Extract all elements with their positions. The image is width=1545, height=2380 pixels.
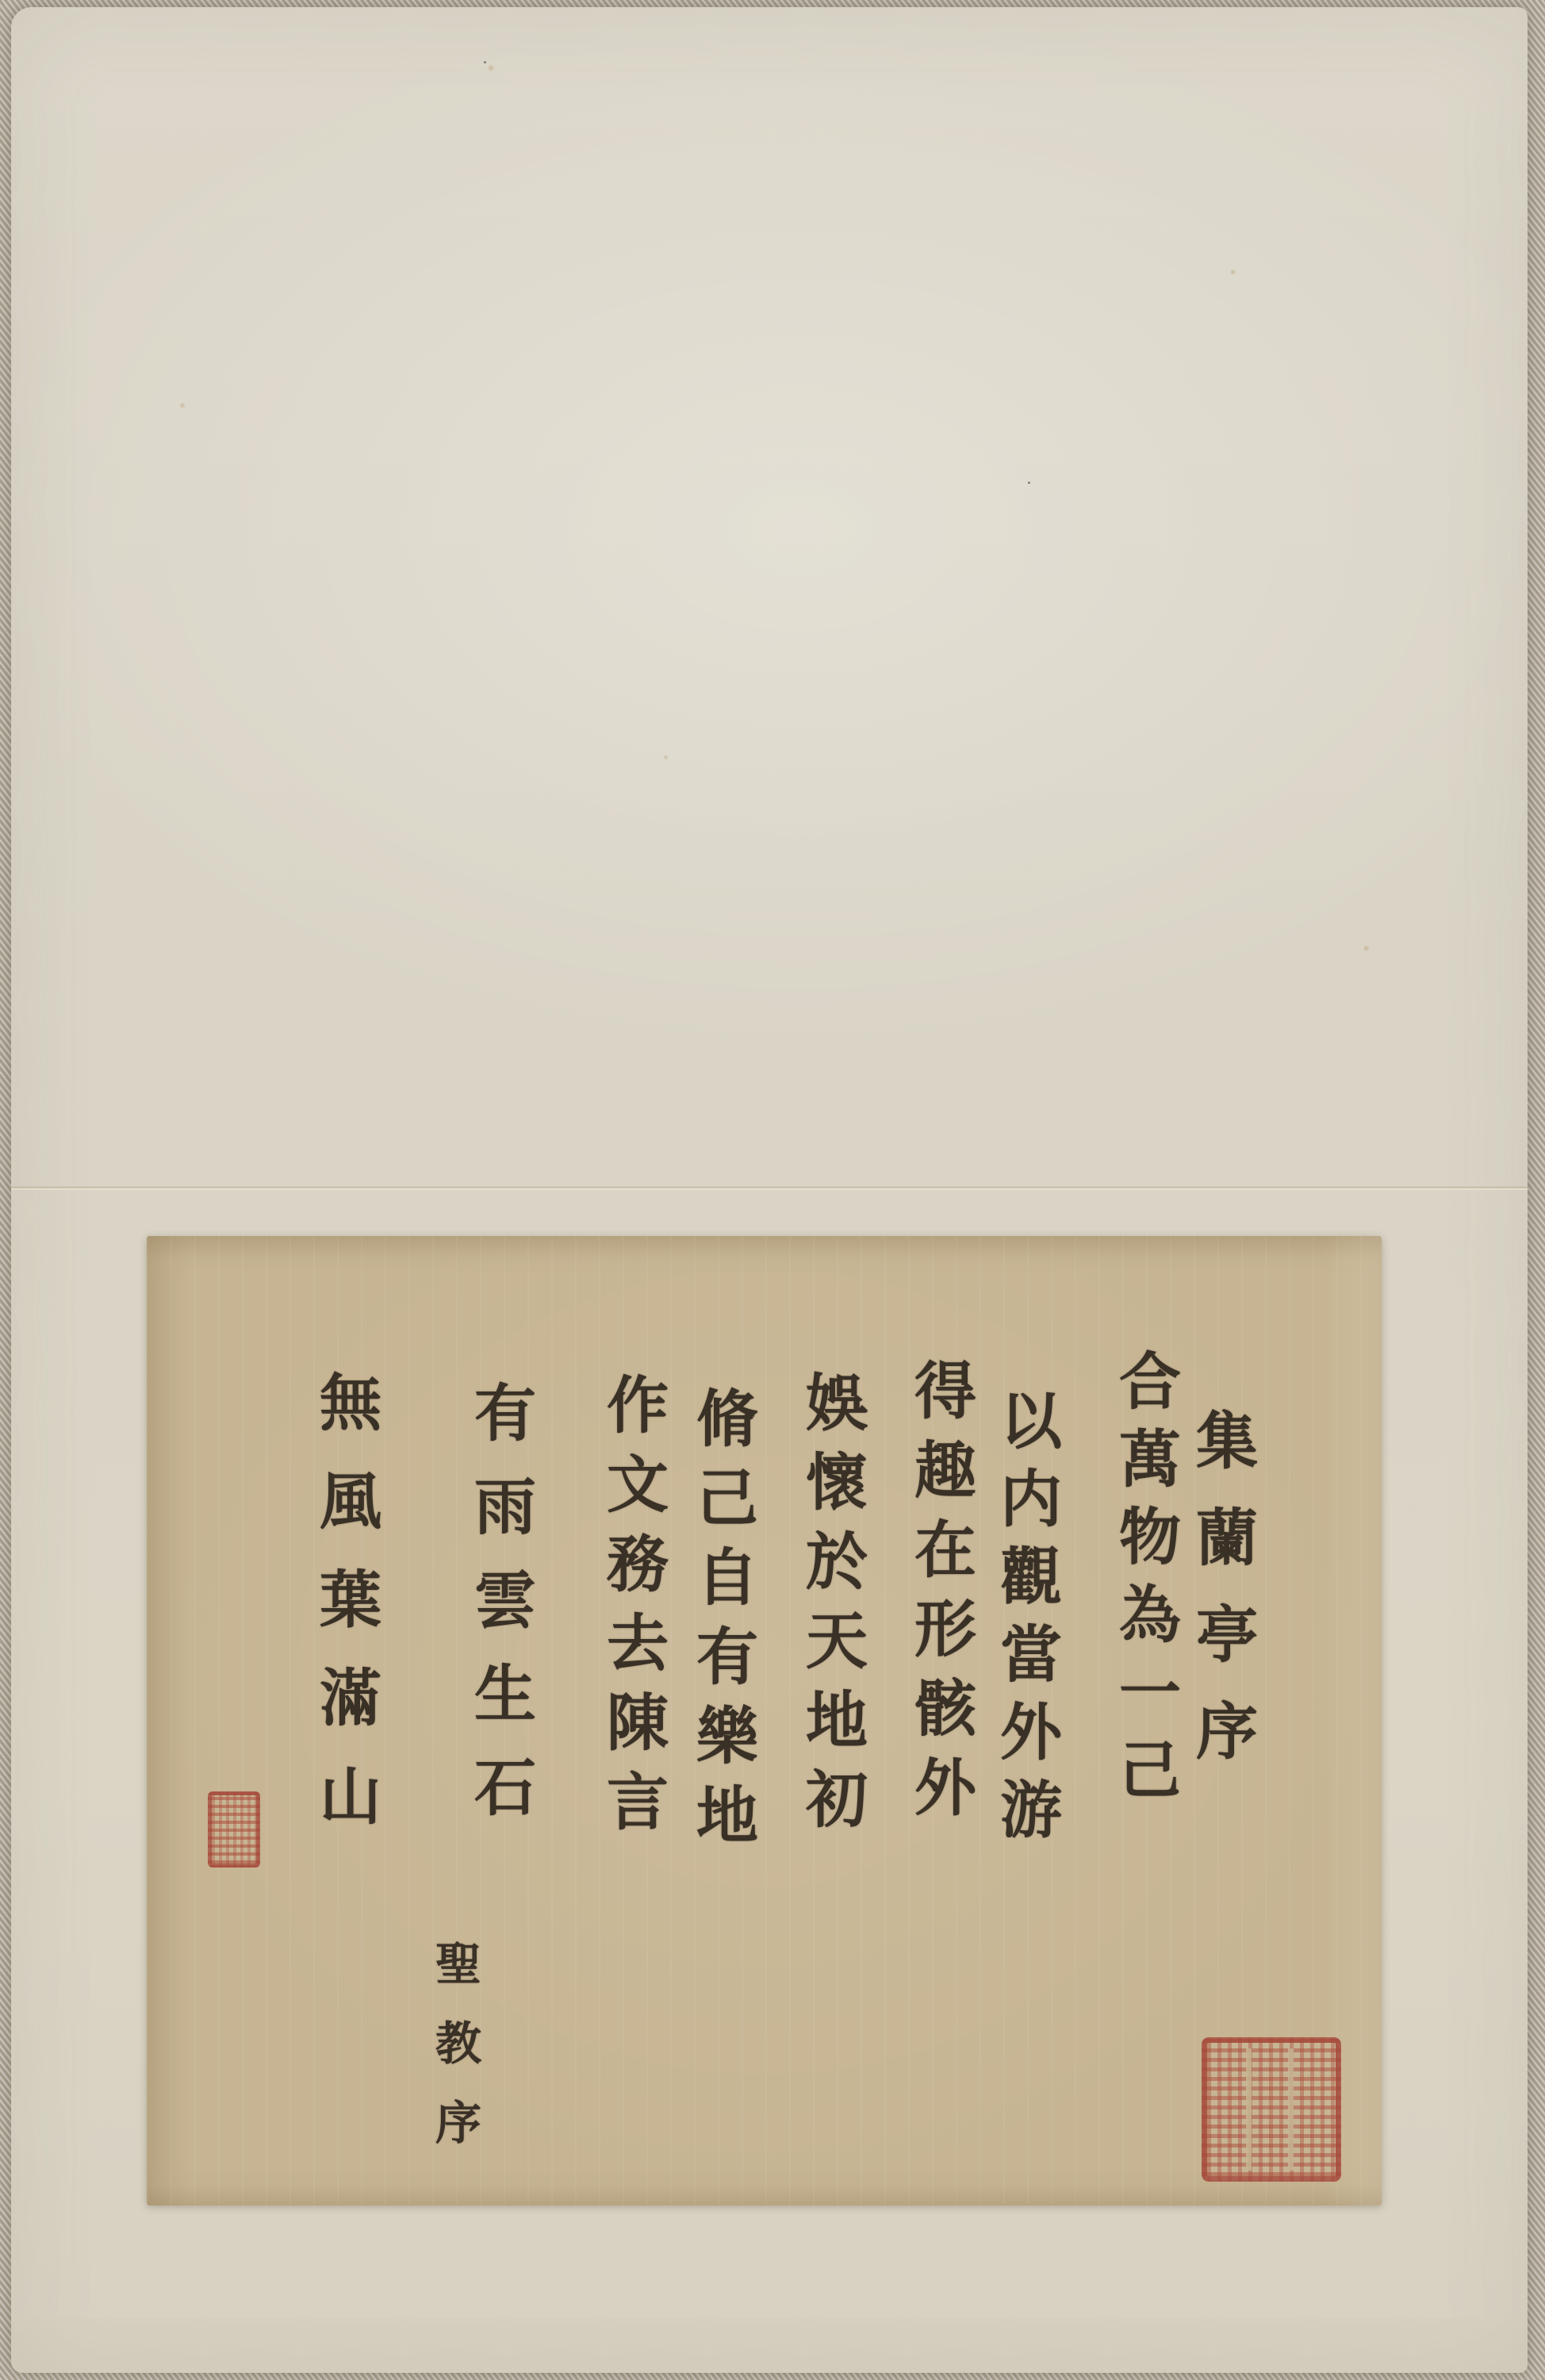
collector-seal-small	[208, 1791, 260, 1868]
dark-speck	[1028, 482, 1030, 484]
foxing-spot	[1363, 945, 1370, 952]
foxing-spot	[663, 754, 669, 760]
foxing-spot	[179, 402, 186, 409]
seal-column-gap	[1288, 2048, 1294, 2171]
text-column-1-title: 集蘭亭序	[1183, 1408, 1259, 1795]
scan-fabric-border: 集蘭亭序 合萬物為一己 以内觀當外游 得趣在形骸外 娛懷於天地初 脩己自有樂地 …	[0, 0, 1545, 2380]
foxing-spot	[1229, 269, 1236, 275]
album-mat: 集蘭亭序 合萬物為一己 以内觀當外游 得趣在形骸外 娛懷於天地初 脩己自有樂地 …	[11, 7, 1528, 2373]
text-column-3: 以内觀當外游	[987, 1388, 1064, 1855]
text-column-source-inscription: 聖教序	[427, 1940, 482, 2178]
text-column-9: 無風葉滿山	[307, 1370, 383, 1862]
foxing-spot	[487, 64, 495, 71]
text-column-2: 合萬物為一己	[1106, 1349, 1183, 1815]
collector-seal-large	[1202, 2037, 1341, 2182]
calligraphy-panel: 集蘭亭序 合萬物為一己 以内觀當外游 得趣在形骸外 娛懷於天地初 脩己自有樂地 …	[147, 1236, 1382, 2205]
text-column-8: 有雨雲生石	[462, 1380, 538, 1848]
fold-crease	[11, 1186, 1528, 1190]
seal-column-gap	[1246, 2048, 1252, 2171]
text-column-5: 娛懷於天地初	[793, 1370, 869, 1846]
text-column-7: 作文務去陳言	[594, 1372, 670, 1848]
dark-speck	[484, 61, 486, 63]
text-column-4: 得趣在形骸外	[902, 1358, 978, 1834]
text-column-6: 脩己自有樂地	[684, 1386, 760, 1862]
